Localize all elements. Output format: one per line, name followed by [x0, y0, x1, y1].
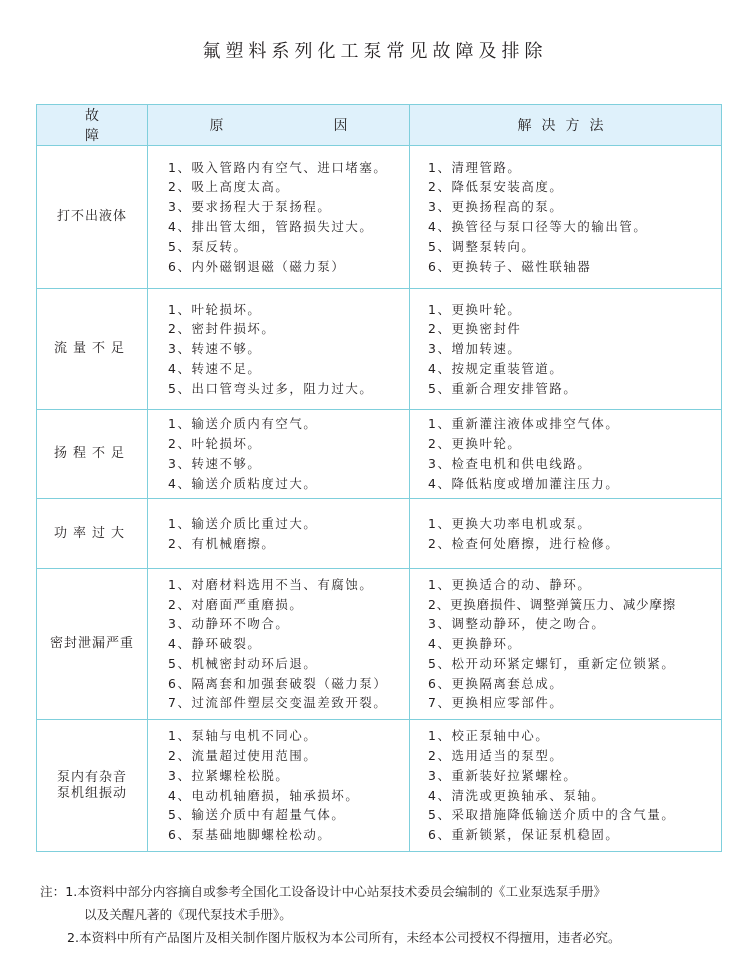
fix-item: 2、更换磨损件、调整弹簧压力、减少摩擦 — [428, 595, 721, 615]
fault-name-line2: 泵机组振动 — [37, 786, 147, 802]
fault-name: 泵内有杂音 泵机组振动 — [37, 720, 148, 852]
fix-item: 1、更换叶轮。 — [428, 300, 721, 320]
cause-item: 2、有机械磨擦。 — [168, 534, 409, 554]
fault-name: 打不出液体 — [37, 146, 148, 289]
table-row: 流量不足 1、叶轮损坏。 2、密封件损坏。 3、转速不够。 4、转速不足。 5、… — [37, 289, 722, 410]
fix-item: 4、换管径与泵口径等大的输出管。 — [428, 217, 721, 237]
page-title: 氟塑料系列化工泵常见故障及排除 — [0, 37, 750, 63]
cause-item: 2、吸上高度太高。 — [168, 177, 409, 197]
header-cause-left: 原 — [210, 115, 224, 135]
cause-item: 5、出口管弯头过多，阻力过大。 — [168, 379, 409, 399]
header-cause-right: 因 — [334, 115, 348, 135]
fix-item: 5、采取措施降低输送介质中的含气量。 — [428, 805, 721, 825]
fix-item: 1、校正泵轴中心。 — [428, 726, 721, 746]
cause-cell: 1、吸入管路内有空气、进口堵塞。 2、吸上高度太高。 3、要求扬程大于泵扬程。 … — [148, 146, 410, 289]
cause-item: 5、机械密封动环后退。 — [168, 654, 409, 674]
fix-item: 3、调整动静环，使之吻合。 — [428, 614, 721, 634]
cause-item: 1、吸入管路内有空气、进口堵塞。 — [168, 158, 409, 178]
header-fault: 故障 — [37, 105, 148, 146]
fix-item: 4、更换静环。 — [428, 634, 721, 654]
fault-name: 密封泄漏严重 — [37, 569, 148, 720]
fault-table: 故障 原因 解决方法 打不出液体 1、吸入管路内有空气、进口堵塞。 2、吸上高度… — [36, 104, 722, 852]
cause-item: 1、泵轴与电机不同心。 — [168, 726, 409, 746]
cause-cell: 1、输送介质内有空气。 2、叶轮损坏。 3、转速不够。 4、输送介质粘度过大。 — [148, 410, 410, 499]
cause-item: 5、泵反转。 — [168, 237, 409, 257]
footnote-1-cont: 以及关醒凡著的《现代泵技术手册》。 — [40, 903, 740, 926]
cause-item: 4、转速不足。 — [168, 359, 409, 379]
cause-item: 4、输送介质粘度过大。 — [168, 474, 409, 494]
footnote-1: 注：1.本资料中部分内容摘自或参考全国化工设备设计中心站泵技术委员会编制的《工业… — [40, 880, 740, 903]
fix-item: 1、清理管路。 — [428, 158, 721, 178]
fix-item: 4、降低粘度或增加灌注压力。 — [428, 474, 721, 494]
footnotes: 注：1.本资料中部分内容摘自或参考全国化工设备设计中心站泵技术委员会编制的《工业… — [40, 880, 740, 949]
fix-cell: 1、更换叶轮。 2、更换密封件 3、增加转速。 4、按规定重装管道。 5、重新合… — [410, 289, 722, 410]
cause-item: 2、流量超过使用范围。 — [168, 746, 409, 766]
fix-item: 5、重新合理安排管路。 — [428, 379, 721, 399]
cause-item: 1、叶轮损坏。 — [168, 300, 409, 320]
cause-cell: 1、对磨材料选用不当、有腐蚀。 2、对磨面严重磨损。 3、动静环不吻合。 4、静… — [148, 569, 410, 720]
cause-item: 6、泵基础地脚螺栓松动。 — [168, 825, 409, 845]
fault-name: 扬程不足 — [37, 410, 148, 499]
cause-cell: 1、泵轴与电机不同心。 2、流量超过使用范围。 3、拉紧螺栓松脱。 4、电动机轴… — [148, 720, 410, 852]
cause-cell: 1、输送介质比重过大。 2、有机械磨擦。 — [148, 499, 410, 569]
cause-item: 2、对磨面严重磨损。 — [168, 595, 409, 615]
cause-item: 3、动静环不吻合。 — [168, 614, 409, 634]
cause-item: 2、叶轮损坏。 — [168, 434, 409, 454]
fault-name-line1: 泵内有杂音 — [37, 770, 147, 786]
fix-cell: 1、重新灌注液体或排空气体。 2、更换叶轮。 3、检查电机和供电线路。 4、降低… — [410, 410, 722, 499]
cause-item: 3、转速不够。 — [168, 339, 409, 359]
table-row: 密封泄漏严重 1、对磨材料选用不当、有腐蚀。 2、对磨面严重磨损。 3、动静环不… — [37, 569, 722, 720]
fix-item: 6、更换转子、磁性联轴器 — [428, 257, 721, 277]
fix-item: 1、重新灌注液体或排空气体。 — [428, 414, 721, 434]
fix-item: 2、检查何处磨擦，进行检修。 — [428, 534, 721, 554]
fix-cell: 1、校正泵轴中心。 2、选用适当的泵型。 3、重新装好拉紧螺栓。 4、清洗或更换… — [410, 720, 722, 852]
cause-item: 7、过流部件塑层交变温差致开裂。 — [168, 693, 409, 713]
fix-item: 6、重新锁紧，保证泵机稳固。 — [428, 825, 721, 845]
cause-item: 4、电动机轴磨损，轴承损坏。 — [168, 786, 409, 806]
fix-item: 3、增加转速。 — [428, 339, 721, 359]
header-cause: 原因 — [148, 105, 410, 146]
fix-item: 2、选用适当的泵型。 — [428, 746, 721, 766]
cause-item: 3、转速不够。 — [168, 454, 409, 474]
fix-item: 1、更换适合的动、静环。 — [428, 575, 721, 595]
table-row: 功率过大 1、输送介质比重过大。 2、有机械磨擦。 1、更换大功率电机或泵。 2… — [37, 499, 722, 569]
cause-cell: 1、叶轮损坏。 2、密封件损坏。 3、转速不够。 4、转速不足。 5、出口管弯头… — [148, 289, 410, 410]
cause-item: 2、密封件损坏。 — [168, 319, 409, 339]
fix-cell: 1、更换适合的动、静环。 2、更换磨损件、调整弹簧压力、减少摩擦 3、调整动静环… — [410, 569, 722, 720]
fix-item: 6、更换隔离套总成。 — [428, 674, 721, 694]
fix-item: 2、降低泵安装高度。 — [428, 177, 721, 197]
fix-item: 4、清洗或更换轴承、泵轴。 — [428, 786, 721, 806]
fix-item: 7、更换相应零部件。 — [428, 693, 721, 713]
fix-item: 1、更换大功率电机或泵。 — [428, 514, 721, 534]
fix-item: 3、更换扬程高的泵。 — [428, 197, 721, 217]
fix-item: 3、重新装好拉紧螺栓。 — [428, 766, 721, 786]
fix-item: 4、按规定重装管道。 — [428, 359, 721, 379]
table-header-row: 故障 原因 解决方法 — [37, 105, 722, 146]
cause-item: 1、对磨材料选用不当、有腐蚀。 — [168, 575, 409, 595]
fault-name: 功率过大 — [37, 499, 148, 569]
cause-item: 1、输送介质内有空气。 — [168, 414, 409, 434]
fix-item: 2、更换密封件 — [428, 319, 721, 339]
fix-item: 5、调整泵转向。 — [428, 237, 721, 257]
fix-item: 3、检查电机和供电线路。 — [428, 454, 721, 474]
table-row: 扬程不足 1、输送介质内有空气。 2、叶轮损坏。 3、转速不够。 4、输送介质粘… — [37, 410, 722, 499]
cause-item: 4、排出管太细，管路损失过大。 — [168, 217, 409, 237]
cause-item: 3、拉紧螺栓松脱。 — [168, 766, 409, 786]
cause-item: 6、内外磁钢退磁（磁力泵） — [168, 257, 409, 277]
cause-item: 1、输送介质比重过大。 — [168, 514, 409, 534]
header-fix: 解决方法 — [410, 105, 722, 146]
table-row: 泵内有杂音 泵机组振动 1、泵轴与电机不同心。 2、流量超过使用范围。 3、拉紧… — [37, 720, 722, 852]
fix-item: 5、松开动环紧定螺钉，重新定位锁紧。 — [428, 654, 721, 674]
table-row: 打不出液体 1、吸入管路内有空气、进口堵塞。 2、吸上高度太高。 3、要求扬程大… — [37, 146, 722, 289]
cause-item: 5、输送介质中有超量气体。 — [168, 805, 409, 825]
cause-item: 6、隔离套和加强套破裂（磁力泵） — [168, 674, 409, 694]
cause-item: 4、静环破裂。 — [168, 634, 409, 654]
fault-name: 流量不足 — [37, 289, 148, 410]
footnote-2: 2.本资料中所有产品图片及相关制作图片版权为本公司所有，未经本公司授权不得擅用，… — [40, 926, 740, 949]
fix-cell: 1、清理管路。 2、降低泵安装高度。 3、更换扬程高的泵。 4、换管径与泵口径等… — [410, 146, 722, 289]
fix-item: 2、更换叶轮。 — [428, 434, 721, 454]
cause-item: 3、要求扬程大于泵扬程。 — [168, 197, 409, 217]
fix-cell: 1、更换大功率电机或泵。 2、检查何处磨擦，进行检修。 — [410, 499, 722, 569]
